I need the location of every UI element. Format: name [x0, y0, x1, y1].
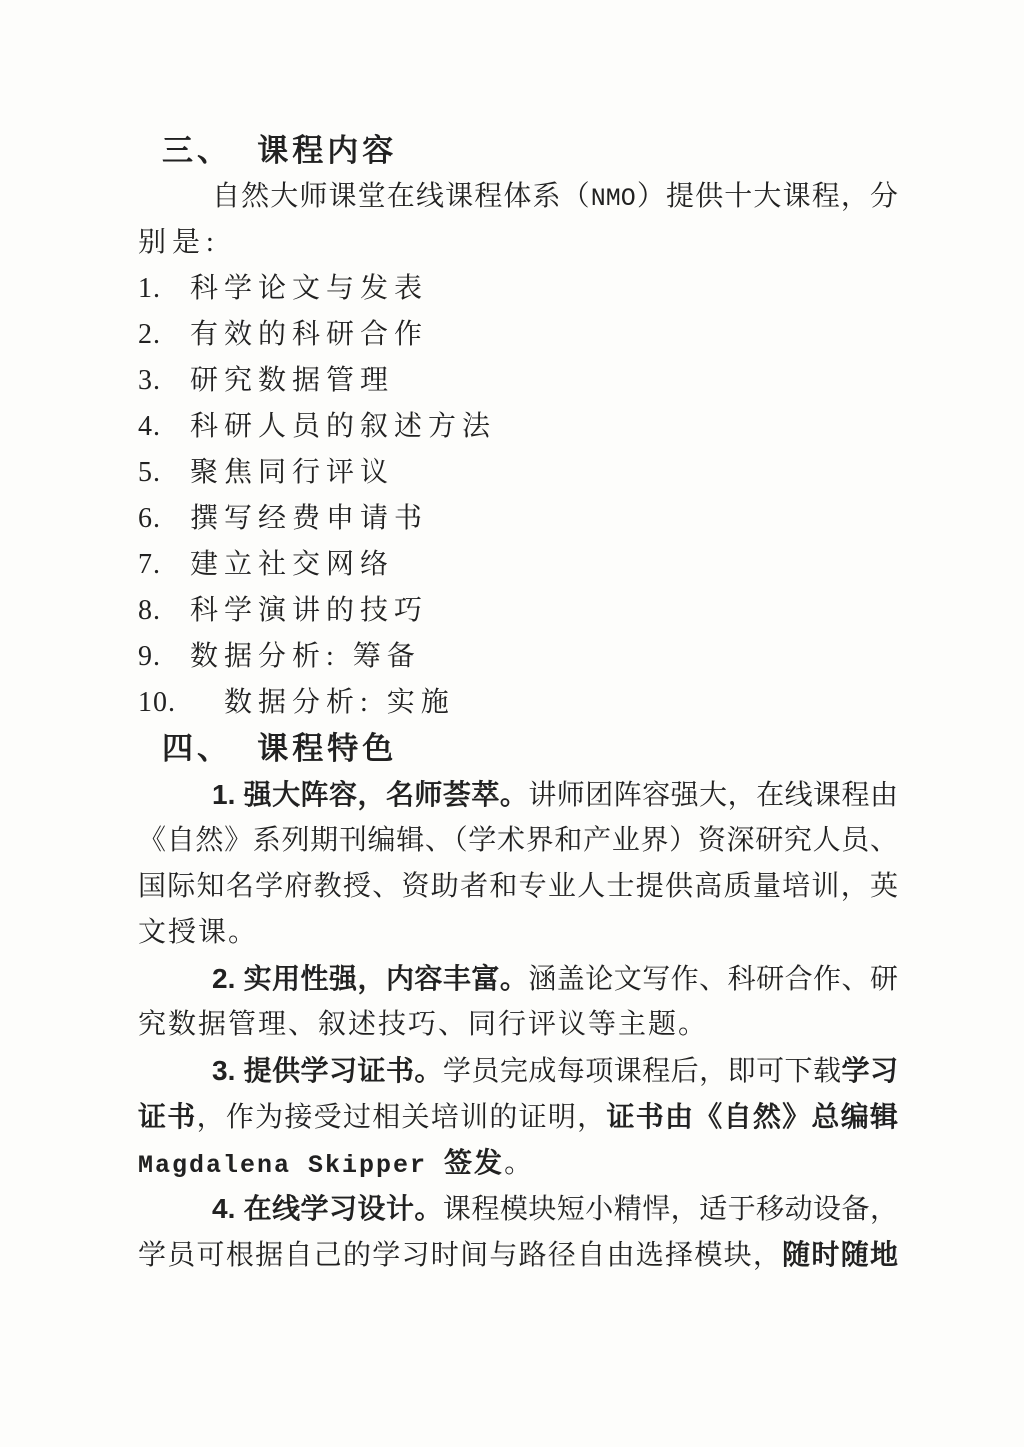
course-item: 6.撰写经费申请书	[138, 496, 898, 542]
text-segment: 文授课。	[138, 917, 258, 948]
bold-text-segment: 证书	[138, 1101, 197, 1132]
course-number: 6.	[138, 496, 190, 542]
text-segment: 《自然》系列期刊编辑、（学术界和产业界）资深研究人员、	[138, 825, 898, 856]
course-number: 1.	[138, 266, 190, 312]
bold-text-segment: 2. 实用性强，内容丰富。	[212, 963, 528, 994]
text-line: 别是:	[138, 220, 898, 266]
course-number: 5.	[138, 450, 190, 496]
text-segment: 。	[504, 1148, 534, 1179]
text-line: Magdalena Skipper 签发。	[138, 1140, 898, 1186]
course-title: 科学演讲的技巧	[190, 595, 428, 626]
section-heading-course-content: 三、 课程内容	[162, 128, 898, 174]
text-line: 学员可根据自己的学习时间与路径自由选择模块，随时随地	[138, 1232, 898, 1278]
course-number: 8.	[138, 588, 190, 634]
text-line: 1. 强大阵容，名师荟萃。讲师团阵容强大，在线课程由	[138, 772, 898, 818]
course-number: 7.	[138, 542, 190, 588]
text-line: 2. 实用性强，内容丰富。涵盖论文写作、科研合作、研	[138, 956, 898, 1002]
text-line: 证书，作为接受过相关培训的证明，证书由《自然》总编辑	[138, 1094, 898, 1140]
text-segment: 涵盖论文写作、科研合作、研	[528, 964, 898, 995]
section-course-content: 三、 课程内容 自然大师课堂在线课程体系（NMO）提供十大课程，分别是: 1.科…	[138, 128, 898, 726]
text-segment: ）提供十大课程，分	[636, 181, 898, 212]
course-title: 科学论文与发表	[190, 273, 428, 304]
text-segment: 国际知名学府教授、资助者和专业人士提供高质量培训，英	[138, 871, 898, 902]
text-segment: 讲师团阵容强大，在线课程由	[528, 780, 898, 811]
course-number: 9.	[138, 634, 190, 680]
course-title: 研究数据管理	[190, 365, 394, 396]
course-item: 8.科学演讲的技巧	[138, 588, 898, 634]
course-title: 建立社交网络	[190, 549, 394, 580]
bold-text-segment: 4. 在线学习设计。	[212, 1193, 443, 1224]
bold-text-segment: 3. 提供学习证书。	[212, 1055, 443, 1086]
course-number: 3.	[138, 358, 190, 404]
bold-text-segment: 学习	[842, 1055, 898, 1086]
course-list: 1.科学论文与发表2.有效的科研合作3.研究数据管理4.科研人员的叙述方法5.聚…	[138, 266, 898, 726]
text-segment: ，作为接受过相关培训的证明，	[197, 1102, 607, 1133]
course-item: 2.有效的科研合作	[138, 312, 898, 358]
course-item: 7.建立社交网络	[138, 542, 898, 588]
bold-text-segment: Magdalena Skipper	[138, 1151, 444, 1180]
text-segment: 别是:	[138, 227, 220, 258]
bold-text-segment: 证书由《自然》总编辑	[606, 1101, 898, 1132]
text-line: 3. 提供学习证书。学员完成每项课程后，即可下载学习	[138, 1048, 898, 1094]
text-line: 文授课。	[138, 910, 898, 956]
course-title: 科研人员的叙述方法	[190, 411, 496, 442]
course-item: 4.科研人员的叙述方法	[138, 404, 898, 450]
course-item: 9.数据分析: 筹备	[138, 634, 898, 680]
text-line: 究数据管理、叙述技巧、同行评议等主题。	[138, 1002, 898, 1048]
course-title: 有效的科研合作	[190, 319, 428, 350]
bold-text-segment: 签发	[444, 1147, 504, 1178]
course-item: 1.科学论文与发表	[138, 266, 898, 312]
course-number: 4.	[138, 404, 190, 450]
text-segment: 学员完成每项课程后，即可下载	[443, 1056, 842, 1087]
text-segment: 学员可根据自己的学习时间与路径自由选择模块，	[138, 1240, 782, 1271]
text-segment: 课程模块短小精悍，适于移动设备，	[443, 1194, 898, 1225]
text-line: 国际知名学府教授、资助者和专业人士提供高质量培训，英	[138, 864, 898, 910]
text-line: 4. 在线学习设计。课程模块短小精悍，适于移动设备，	[138, 1186, 898, 1232]
course-title: 数据分析: 实施	[224, 687, 455, 718]
text-segment: NMO	[591, 184, 636, 213]
section-heading-course-features: 四、 课程特色	[162, 726, 898, 772]
text-segment: 究数据管理、叙述技巧、同行评议等主题。	[138, 1009, 708, 1040]
bold-text-segment: 随时随地	[782, 1239, 898, 1270]
text-line: 《自然》系列期刊编辑、（学术界和产业界）资深研究人员、	[138, 818, 898, 864]
text-segment: 自然大师课堂在线课程体系（	[212, 181, 591, 212]
course-item: 3.研究数据管理	[138, 358, 898, 404]
feature-paragraphs: 1. 强大阵容，名师荟萃。讲师团阵容强大，在线课程由《自然》系列期刊编辑、（学术…	[138, 772, 898, 1278]
course-title: 聚焦同行评议	[190, 457, 394, 488]
bold-text-segment: 1. 强大阵容，名师荟萃。	[212, 779, 528, 810]
course-item: 5.聚焦同行评议	[138, 450, 898, 496]
course-number: 2.	[138, 312, 190, 358]
course-title: 数据分析: 筹备	[190, 641, 421, 672]
course-number: 10.	[138, 680, 224, 726]
intro-paragraph: 自然大师课堂在线课程体系（NMO）提供十大课程，分别是:	[138, 174, 898, 266]
document-page: 三、 课程内容 自然大师课堂在线课程体系（NMO）提供十大课程，分别是: 1.科…	[0, 0, 1024, 1447]
course-title: 撰写经费申请书	[190, 503, 428, 534]
text-line: 自然大师课堂在线课程体系（NMO）提供十大课程，分	[138, 174, 898, 220]
course-item: 10.数据分析: 实施	[138, 680, 898, 726]
section-course-features: 四、 课程特色 1. 强大阵容，名师荟萃。讲师团阵容强大，在线课程由《自然》系列…	[138, 726, 898, 1278]
